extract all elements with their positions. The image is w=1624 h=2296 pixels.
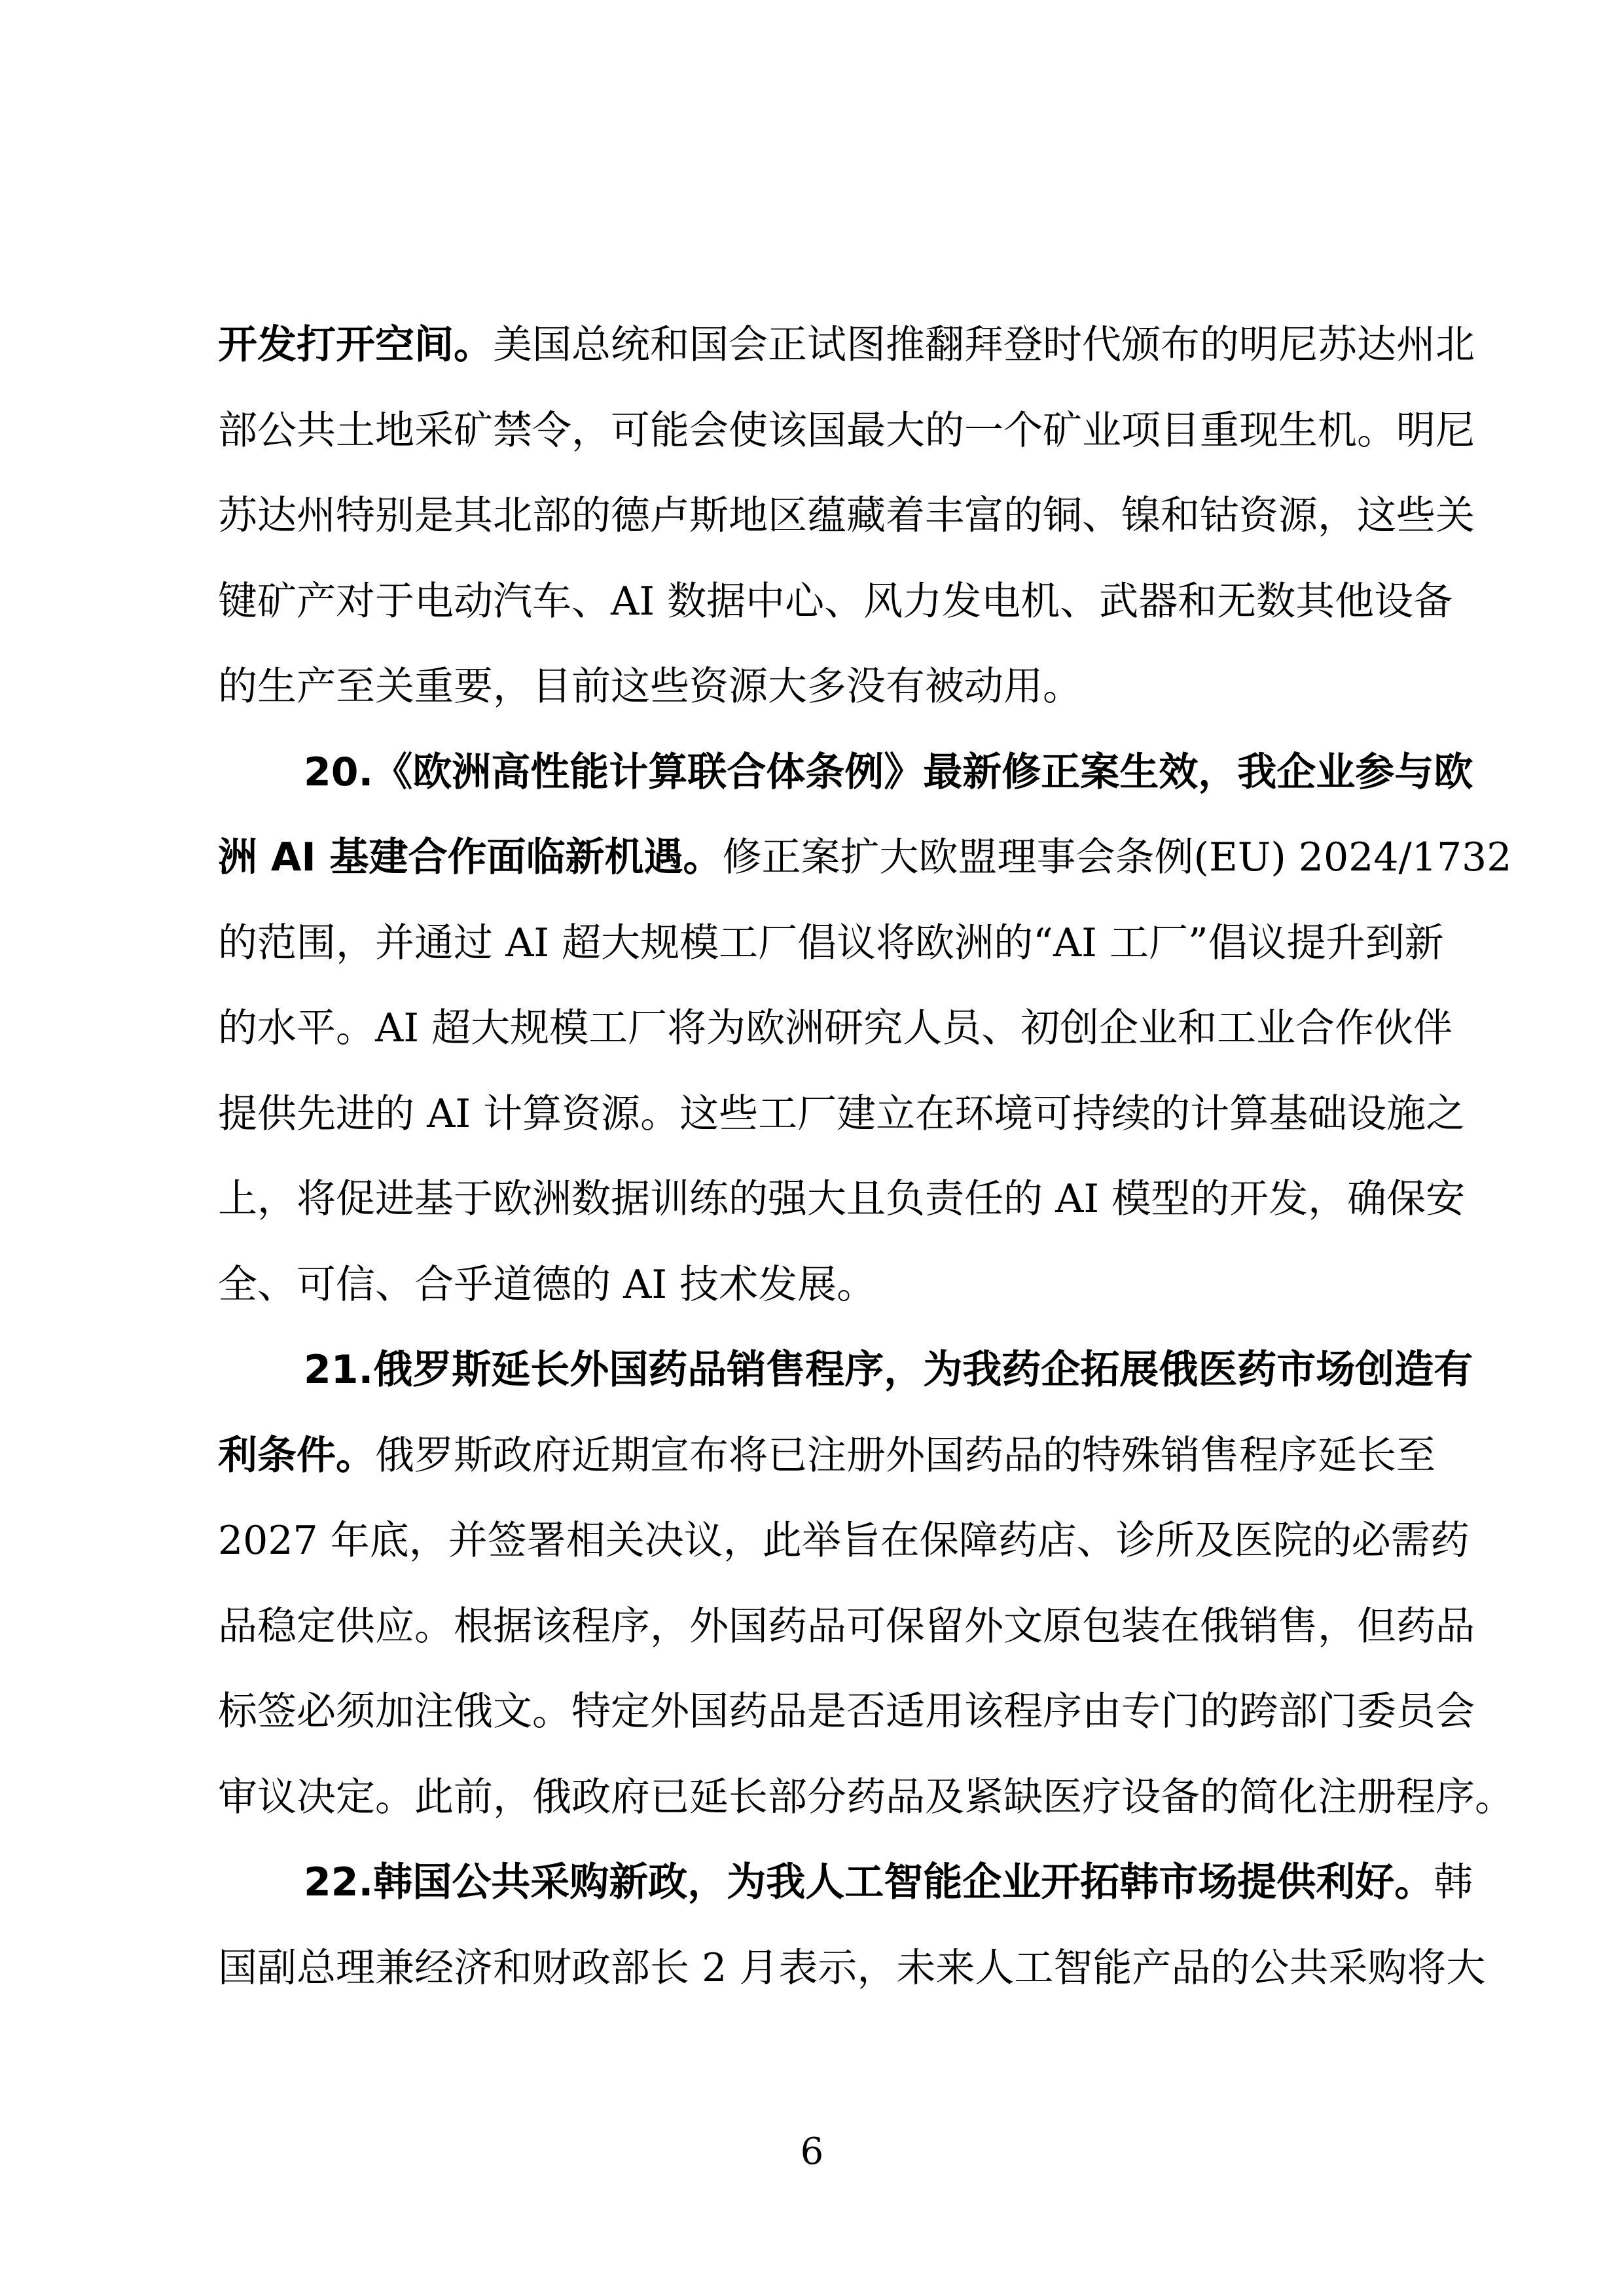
body-text: 俄罗斯政府近期宣布将已注册外国药品的特殊销售程序延长至 [375,1433,1435,1479]
body-text: 标签必须加注俄文。特定外国药品是否适用该程序由专门的跨部门委员会 [218,1689,1475,1734]
body-text: 国副总理兼经济和财政部长 2 月表示，未来人工智能产品的公共采购将大 [218,1945,1485,1991]
bold-lead: 开发打开空间。 [218,322,493,368]
body-text: 苏达州特别是其北部的德卢斯地区蕴藏着丰富的铜、镍和钴资源，这些关 [218,493,1475,539]
document-page: 开发打开空间。美国总统和国会正试图推翻拜登时代颁布的明尼苏达州北 部公共土地采矿… [218,302,1422,2011]
paragraph-19-continued: 开发打开空间。美国总统和国会正试图推翻拜登时代颁布的明尼苏达州北 部公共土地采矿… [218,302,1422,730]
text-line: 苏达州特别是其北部的德卢斯地区蕴藏着丰富的铜、镍和钴资源，这些关 [218,473,1422,559]
paragraph-20: 20.《欧洲高性能计算联合体条例》最新修正案生效，我企业参与欧 洲 AI 基建合… [218,730,1422,1328]
body-text: 部公共土地采矿禁令，可能会使该国最大的一个矿业项目重现生机。明尼 [218,408,1475,454]
text-line: 20.《欧洲高性能计算联合体条例》最新修正案生效，我企业参与欧 [218,730,1422,816]
paragraph-heading: 20.《欧洲高性能计算联合体条例》最新修正案生效，我企业参与欧 [304,749,1473,795]
paragraph-heading: 22.韩国公共采购新政，为我人工智能企业开拓韩市场提供利好。 [304,1859,1434,1905]
text-line: 提供先进的 AI 计算资源。这些工厂建立在环境可持续的计算基础设施之 [218,1071,1422,1157]
body-text: 全、可信、合乎道德的 AI 技术发展。 [218,1262,876,1308]
body-text: 上，将促进基于欧洲数据训练的强大且负责任的 AI 模型的开发，确保安 [218,1176,1465,1222]
paragraph-21: 21.俄罗斯延长外国药品销售程序，为我药企拓展俄医药市场创造有 利条件。俄罗斯政… [218,1327,1422,1840]
text-line: 品稳定供应。根据该程序，外国药品可保留外文原包装在俄销售，但药品 [218,1584,1422,1670]
body-text: 的水平。AI 超大规模工厂将为欧洲研究人员、初创企业和工业合作伙伴 [218,1005,1453,1051]
body-text: 韩 [1434,1859,1473,1905]
body-text: 提供先进的 AI 计算资源。这些工厂建立在环境可持续的计算基础设施之 [218,1091,1465,1137]
text-line: 键矿产对于电动汽车、AI 数据中心、风力发电机、武器和无数其他设备 [218,559,1422,645]
text-line: 上，将促进基于欧洲数据训练的强大且负责任的 AI 模型的开发，确保安 [218,1157,1422,1242]
body-text: 审议决定。此前，俄政府已延长部分药品及紧缺医疗设备的简化注册程序。 [218,1774,1514,1820]
text-line: 洲 AI 基建合作面临新机遇。修正案扩大欧盟理事会条例(EU) 2024/173… [218,815,1422,901]
page-number: 6 [0,2130,1624,2173]
text-line: 的水平。AI 超大规模工厂将为欧洲研究人员、初创企业和工业合作伙伴 [218,986,1422,1071]
body-text: 的生产至关重要，目前这些资源大多没有被动用。 [218,664,1082,709]
body-text: 键矿产对于电动汽车、AI 数据中心、风力发电机、武器和无数其他设备 [218,579,1453,624]
text-line: 21.俄罗斯延长外国药品销售程序，为我药企拓展俄医药市场创造有 [218,1327,1422,1413]
body-text: 2027 年底，并签署相关决议，此举旨在保障药店、诊所及医院的必需药 [218,1518,1470,1564]
text-line: 的范围，并通过 AI 超大规模工厂倡议将欧洲的“AI 工厂”倡议提升到新 [218,901,1422,986]
paragraph-heading: 利条件。 [218,1433,375,1479]
paragraph-heading: 21.俄罗斯延长外国药品销售程序，为我药企拓展俄医药市场创造有 [304,1347,1473,1393]
text-line: 开发打开空间。美国总统和国会正试图推翻拜登时代颁布的明尼苏达州北 [218,302,1422,388]
text-line: 标签必须加注俄文。特定外国药品是否适用该程序由专门的跨部门委员会 [218,1669,1422,1755]
text-line: 国副总理兼经济和财政部长 2 月表示，未来人工智能产品的公共采购将大 [218,1926,1422,2011]
text-line: 审议决定。此前，俄政府已延长部分药品及紧缺医疗设备的简化注册程序。 [218,1755,1422,1840]
text-line: 2027 年底，并签署相关决议，此举旨在保障药店、诊所及医院的必需药 [218,1498,1422,1584]
text-line: 部公共土地采矿禁令，可能会使该国最大的一个矿业项目重现生机。明尼 [218,388,1422,474]
text-line: 全、可信、合乎道德的 AI 技术发展。 [218,1242,1422,1328]
paragraph-heading: 洲 AI 基建合作面临新机遇。 [218,834,723,880]
paragraph-22: 22.韩国公共采购新政，为我人工智能企业开拓韩市场提供利好。韩 国副总理兼经济和… [218,1840,1422,2011]
body-text: 品稳定供应。根据该程序，外国药品可保留外文原包装在俄销售，但药品 [218,1604,1475,1649]
body-text: 美国总统和国会正试图推翻拜登时代颁布的明尼苏达州北 [493,322,1475,368]
text-line: 利条件。俄罗斯政府近期宣布将已注册外国药品的特殊销售程序延长至 [218,1413,1422,1499]
body-text: 修正案扩大欧盟理事会条例(EU) 2024/1732 [723,834,1512,880]
text-line: 的生产至关重要，目前这些资源大多没有被动用。 [218,644,1422,730]
text-line: 22.韩国公共采购新政，为我人工智能企业开拓韩市场提供利好。韩 [218,1840,1422,1926]
body-text: 的范围，并通过 AI 超大规模工厂倡议将欧洲的“AI 工厂”倡议提升到新 [218,920,1444,966]
